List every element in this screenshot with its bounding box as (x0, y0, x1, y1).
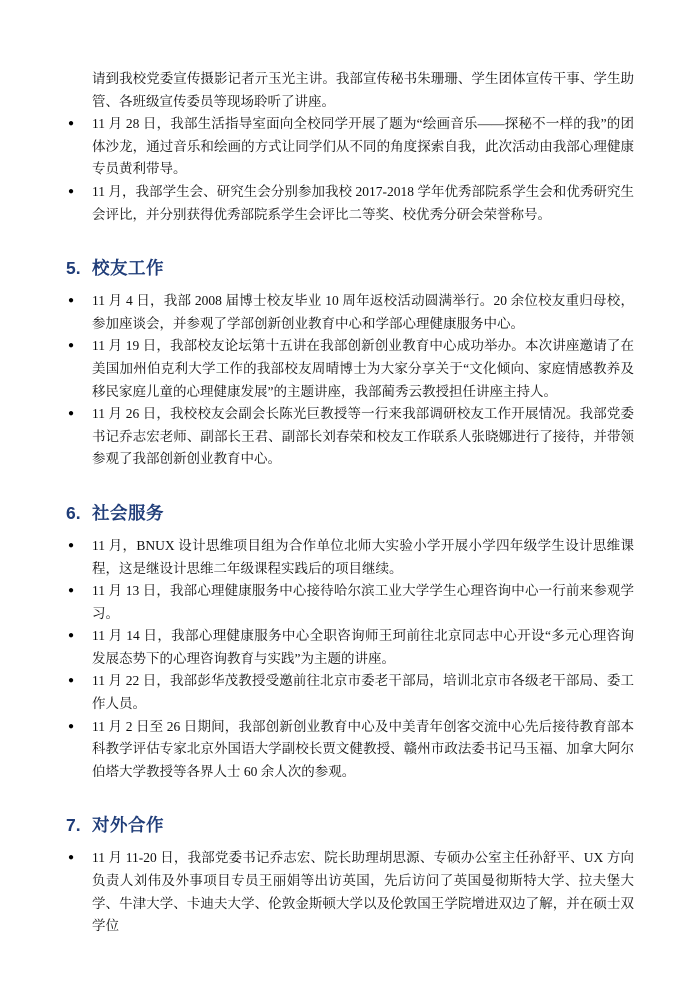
list-item: ● 11 月 14 日，我部心理健康服务中心全职咨询师王珂前往北京同志中心开设“… (64, 625, 634, 670)
list-item-text: 11 月 19 日，我部校友论坛第十五讲在我部创新创业教育中心成功举办。本次讲座… (92, 338, 634, 398)
section-title: 社会服务 (92, 503, 164, 523)
list-item-text: 11 月，BNUX 设计思维项目组为合作单位北师大实验小学开展小学四年级学生设计… (92, 538, 634, 576)
list-item: ● 11 月 13 日，我部心理健康服务中心接待哈尔滨工业大学学生心理咨询中心一… (64, 580, 634, 625)
section-heading-social-service: 6.社会服务 (66, 501, 634, 525)
list-item-text: 11 月 26 日，我校校友会副会长陈光巨教授等一行来我部调研校友工作开展情况。… (92, 406, 634, 466)
list-item: ● 11 月，我部学生会、研究生会分别参加我校 2017-2018 学年优秀部院… (64, 181, 634, 226)
list-item-text: 11 月 14 日，我部心理健康服务中心全职咨询师王珂前往北京同志中心开设“多元… (92, 628, 634, 666)
list-item-text: 11 月，我部学生会、研究生会分别参加我校 2017-2018 学年优秀部院系学… (92, 184, 634, 222)
bullet-icon: ● (68, 535, 74, 558)
external-cooperation-bullet-list: ● 11 月 11-20 日，我部党委书记乔志宏、院长助理胡思源、专硕办公室主任… (64, 847, 634, 937)
list-item: ● 11 月，BNUX 设计思维项目组为合作单位北师大实验小学开展小学四年级学生… (64, 535, 634, 580)
list-item: ● 11 月 4 日，我部 2008 届博士校友毕业 10 周年返校活动圆满举行… (64, 290, 634, 335)
alumni-bullet-list: ● 11 月 4 日，我部 2008 届博士校友毕业 10 周年返校活动圆满举行… (64, 290, 634, 471)
bullet-icon: ● (68, 403, 74, 426)
bullet-icon: ● (68, 181, 74, 204)
social-service-bullet-list: ● 11 月，BNUX 设计思维项目组为合作单位北师大实验小学开展小学四年级学生… (64, 535, 634, 784)
bullet-icon: ● (68, 716, 74, 739)
list-item-text: 11 月 2 日至 26 日期间，我部创新创业教育中心及中美青年创客交流中心先后… (92, 719, 634, 779)
list-item: ● 11 月 28 日，我部生活指导室面向全校同学开展了题为“绘画音乐——探秘不… (64, 113, 634, 181)
continuation-paragraph: 请到我校党委宣传摄影记者亓玉光主讲。我部宣传秘书朱珊珊、学生团体宣传干事、学生助… (92, 68, 634, 113)
section-title: 校友工作 (92, 258, 164, 278)
bullet-icon: ● (68, 580, 74, 603)
bullet-icon: ● (68, 335, 74, 358)
document-page: 请到我校党委宣传摄影记者亓玉光主讲。我部宣传秘书朱珊珊、学生团体宣传干事、学生助… (0, 0, 700, 989)
bullet-icon: ● (68, 625, 74, 648)
section-number: 5. (66, 256, 92, 280)
list-item: ● 11 月 19 日，我部校友论坛第十五讲在我部创新创业教育中心成功举办。本次… (64, 335, 634, 403)
bullet-icon: ● (68, 290, 74, 313)
section-heading-external-cooperation: 7.对外合作 (66, 813, 634, 837)
list-item-text: 11 月 4 日，我部 2008 届博士校友毕业 10 周年返校活动圆满举行。2… (92, 293, 634, 331)
bullet-icon: ● (68, 670, 74, 693)
list-item: ● 11 月 22 日，我部彭华茂教授受邀前往北京市委老干部局，培训北京市各级老… (64, 670, 634, 715)
list-item: ● 11 月 11-20 日，我部党委书记乔志宏、院长助理胡思源、专硕办公室主任… (64, 847, 634, 937)
list-item: ● 11 月 26 日，我校校友会副会长陈光巨教授等一行来我部调研校友工作开展情… (64, 403, 634, 471)
list-item-text: 11 月 28 日，我部生活指导室面向全校同学开展了题为“绘画音乐——探秘不一样… (92, 116, 634, 176)
section-number: 6. (66, 501, 92, 525)
section-number: 7. (66, 813, 92, 837)
list-item-text: 11 月 13 日，我部心理健康服务中心接待哈尔滨工业大学学生心理咨询中心一行前… (92, 583, 634, 621)
list-item-text: 11 月 11-20 日，我部党委书记乔志宏、院长助理胡思源、专硕办公室主任孙舒… (92, 850, 634, 933)
list-item: ● 11 月 2 日至 26 日期间，我部创新创业教育中心及中美青年创客交流中心… (64, 716, 634, 784)
section-heading-alumni: 5.校友工作 (66, 256, 634, 280)
list-item-text: 11 月 22 日，我部彭华茂教授受邀前往北京市委老干部局，培训北京市各级老干部… (92, 673, 634, 711)
bullet-icon: ● (68, 847, 74, 870)
bullet-icon: ● (68, 113, 74, 136)
section-title: 对外合作 (92, 815, 164, 835)
intro-bullet-list: ● 11 月 28 日，我部生活指导室面向全校同学开展了题为“绘画音乐——探秘不… (64, 113, 634, 226)
